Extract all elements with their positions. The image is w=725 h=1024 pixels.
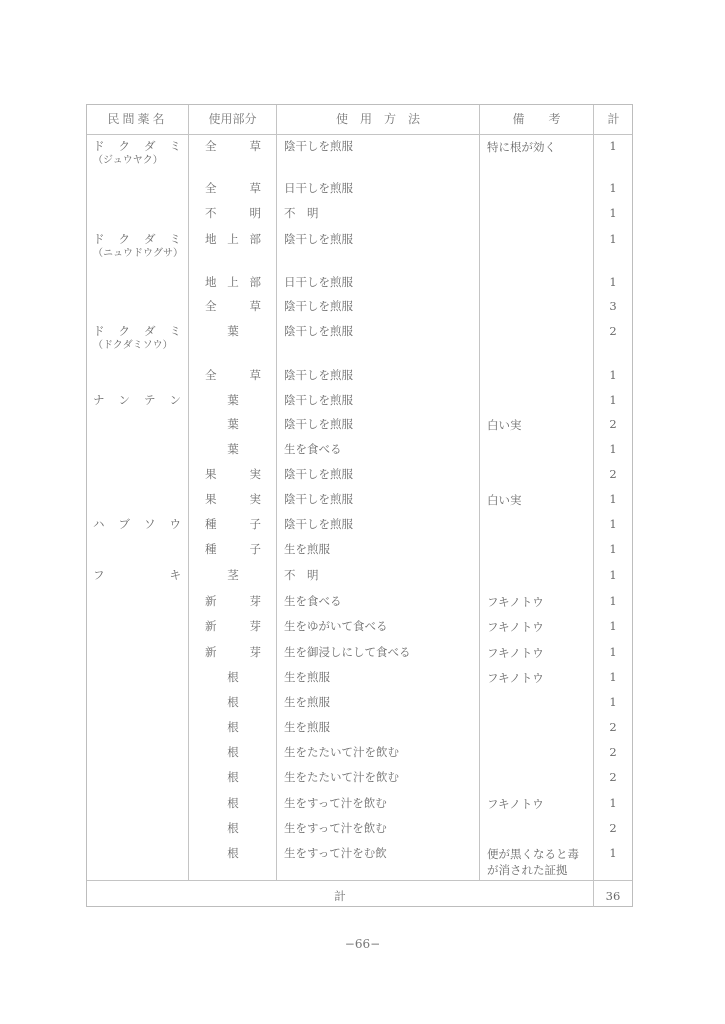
use-part: 新芽: [205, 594, 261, 608]
use-part: 葉: [205, 324, 261, 338]
use-part: 葉: [205, 442, 261, 456]
count: 1: [593, 846, 633, 860]
use-method: 陰干しを煎服: [284, 299, 353, 313]
count: 1: [593, 206, 633, 220]
use-method: 生をすって汁を飲む: [284, 821, 387, 835]
use-method: 陰干しを煎服: [284, 492, 353, 506]
use-part: 根: [205, 846, 261, 860]
medicine-name: ドクダミ: [93, 139, 181, 153]
use-part: 根: [205, 670, 261, 684]
total-divider: [87, 880, 632, 881]
count: 1: [593, 796, 633, 810]
use-part: 全草: [205, 299, 261, 313]
use-part: 新芽: [205, 619, 261, 633]
note: 白い実: [487, 417, 522, 433]
count: 1: [593, 568, 633, 582]
medicine-name: ナンテン: [93, 393, 181, 407]
medicine-name: フキ: [93, 568, 181, 582]
count: 1: [593, 442, 633, 456]
medicine-name: （ニュウドウグサ）: [93, 247, 181, 261]
count: 3: [593, 299, 633, 313]
count: 1: [593, 695, 633, 709]
count: 1: [593, 542, 633, 556]
use-part: 種子: [205, 517, 261, 531]
medicine-name: （ジュウヤク）: [93, 154, 181, 168]
use-part: 新芽: [205, 645, 261, 659]
count: 1: [593, 181, 633, 195]
count: 2: [593, 720, 633, 734]
count: 2: [593, 324, 633, 338]
col-divider: [188, 105, 189, 880]
use-part: 不明: [205, 206, 261, 220]
use-method: 生を煎服: [284, 542, 330, 556]
use-method: 陰干しを煎服: [284, 417, 353, 431]
use-method: 陰干しを煎服: [284, 517, 353, 531]
use-part: 地上部: [205, 275, 261, 289]
use-method: 陰干しを煎服: [284, 467, 353, 481]
count: 2: [593, 821, 633, 835]
use-part: 全草: [205, 139, 261, 153]
col-divider: [276, 105, 277, 880]
use-method: 陰干しを煎服: [284, 232, 353, 246]
count: 1: [593, 517, 633, 531]
use-method: 生を御浸しにして食べる: [284, 645, 411, 659]
medicine-name: ハブソウ: [93, 517, 181, 531]
medicinal-table: 民間薬名 使用部分 使 用 方 法 備 考 計 ドクダミ（ジュウヤク）全草陰干し…: [86, 104, 633, 907]
use-method: 生をゆがいて食べる: [284, 619, 388, 633]
total-count: 36: [593, 889, 633, 903]
use-method: 日干しを煎服: [284, 181, 353, 195]
use-method: 生をすって汁をむ飲: [284, 846, 387, 860]
note: フキノトウ: [487, 619, 544, 635]
use-part: 根: [205, 796, 261, 810]
use-method: 生を食べる: [284, 442, 342, 456]
use-method: 不 明: [284, 206, 319, 220]
use-part: 根: [205, 720, 261, 734]
use-part: 種子: [205, 542, 261, 556]
use-part: 葉: [205, 417, 261, 431]
use-part: 茎: [205, 568, 261, 582]
use-part: 根: [205, 745, 261, 759]
use-method: 生をすって汁を飲む: [284, 796, 387, 810]
use-method: 生を煎服: [284, 695, 330, 709]
use-method: 日干しを煎服: [284, 275, 353, 289]
total-label: 計: [87, 889, 593, 903]
medicine-name: ドクダミ: [93, 324, 181, 338]
count: 1: [593, 393, 633, 407]
use-method: 陰干しを煎服: [284, 393, 353, 407]
count: 1: [593, 670, 633, 684]
count: 1: [593, 139, 633, 153]
count: 1: [593, 368, 633, 382]
count: 2: [593, 467, 633, 481]
note: フキノトウ: [487, 594, 544, 610]
use-part: 地上部: [205, 232, 261, 246]
note: 特に根が効く: [487, 139, 556, 155]
note: 白い実: [487, 492, 522, 508]
count: 1: [593, 619, 633, 633]
count: 2: [593, 417, 633, 431]
use-part: 果実: [205, 467, 261, 481]
use-method: 生を煎服: [284, 720, 330, 734]
use-part: 根: [205, 770, 261, 784]
note: フキノトウ: [487, 645, 544, 661]
use-method: 不 明: [284, 568, 319, 582]
use-method: 陰干しを煎服: [284, 324, 353, 338]
header-note: 備 考: [480, 105, 593, 134]
col-divider: [479, 105, 480, 880]
count: 1: [593, 594, 633, 608]
use-method: 生を食べる: [284, 594, 342, 608]
use-part: 全草: [205, 368, 261, 382]
use-part: 全草: [205, 181, 261, 195]
use-method: 生をたたいて汁を飲む: [284, 770, 399, 784]
count: 2: [593, 745, 633, 759]
header-divider: [87, 134, 632, 135]
header-part: 使用部分: [189, 105, 276, 134]
count: 1: [593, 275, 633, 289]
use-method: 陰干しを煎服: [284, 139, 353, 153]
use-method: 生を煎服: [284, 670, 330, 684]
page-number: −66−: [0, 937, 725, 951]
use-part: 葉: [205, 393, 261, 407]
count: 1: [593, 492, 633, 506]
count: 1: [593, 232, 633, 246]
use-method: 生をたたいて汁を飲む: [284, 745, 399, 759]
header-method: 使 用 方 法: [277, 105, 479, 134]
col-divider: [593, 105, 594, 907]
medicine-name: ドクダミ: [93, 232, 181, 246]
medicine-name: （ドクダミソウ）: [93, 339, 181, 353]
use-part: 根: [205, 695, 261, 709]
count: 2: [593, 770, 633, 784]
header-name: 民間薬名: [87, 105, 188, 134]
use-method: 陰干しを煎服: [284, 368, 353, 382]
note: フキノトウ: [487, 670, 544, 686]
header-count: 計: [594, 105, 633, 134]
note: 便が黒くなると毒 が消された証拠: [487, 846, 579, 878]
use-part: 根: [205, 821, 261, 835]
note: フキノトウ: [487, 796, 544, 812]
count: 1: [593, 645, 633, 659]
use-part: 果実: [205, 492, 261, 506]
